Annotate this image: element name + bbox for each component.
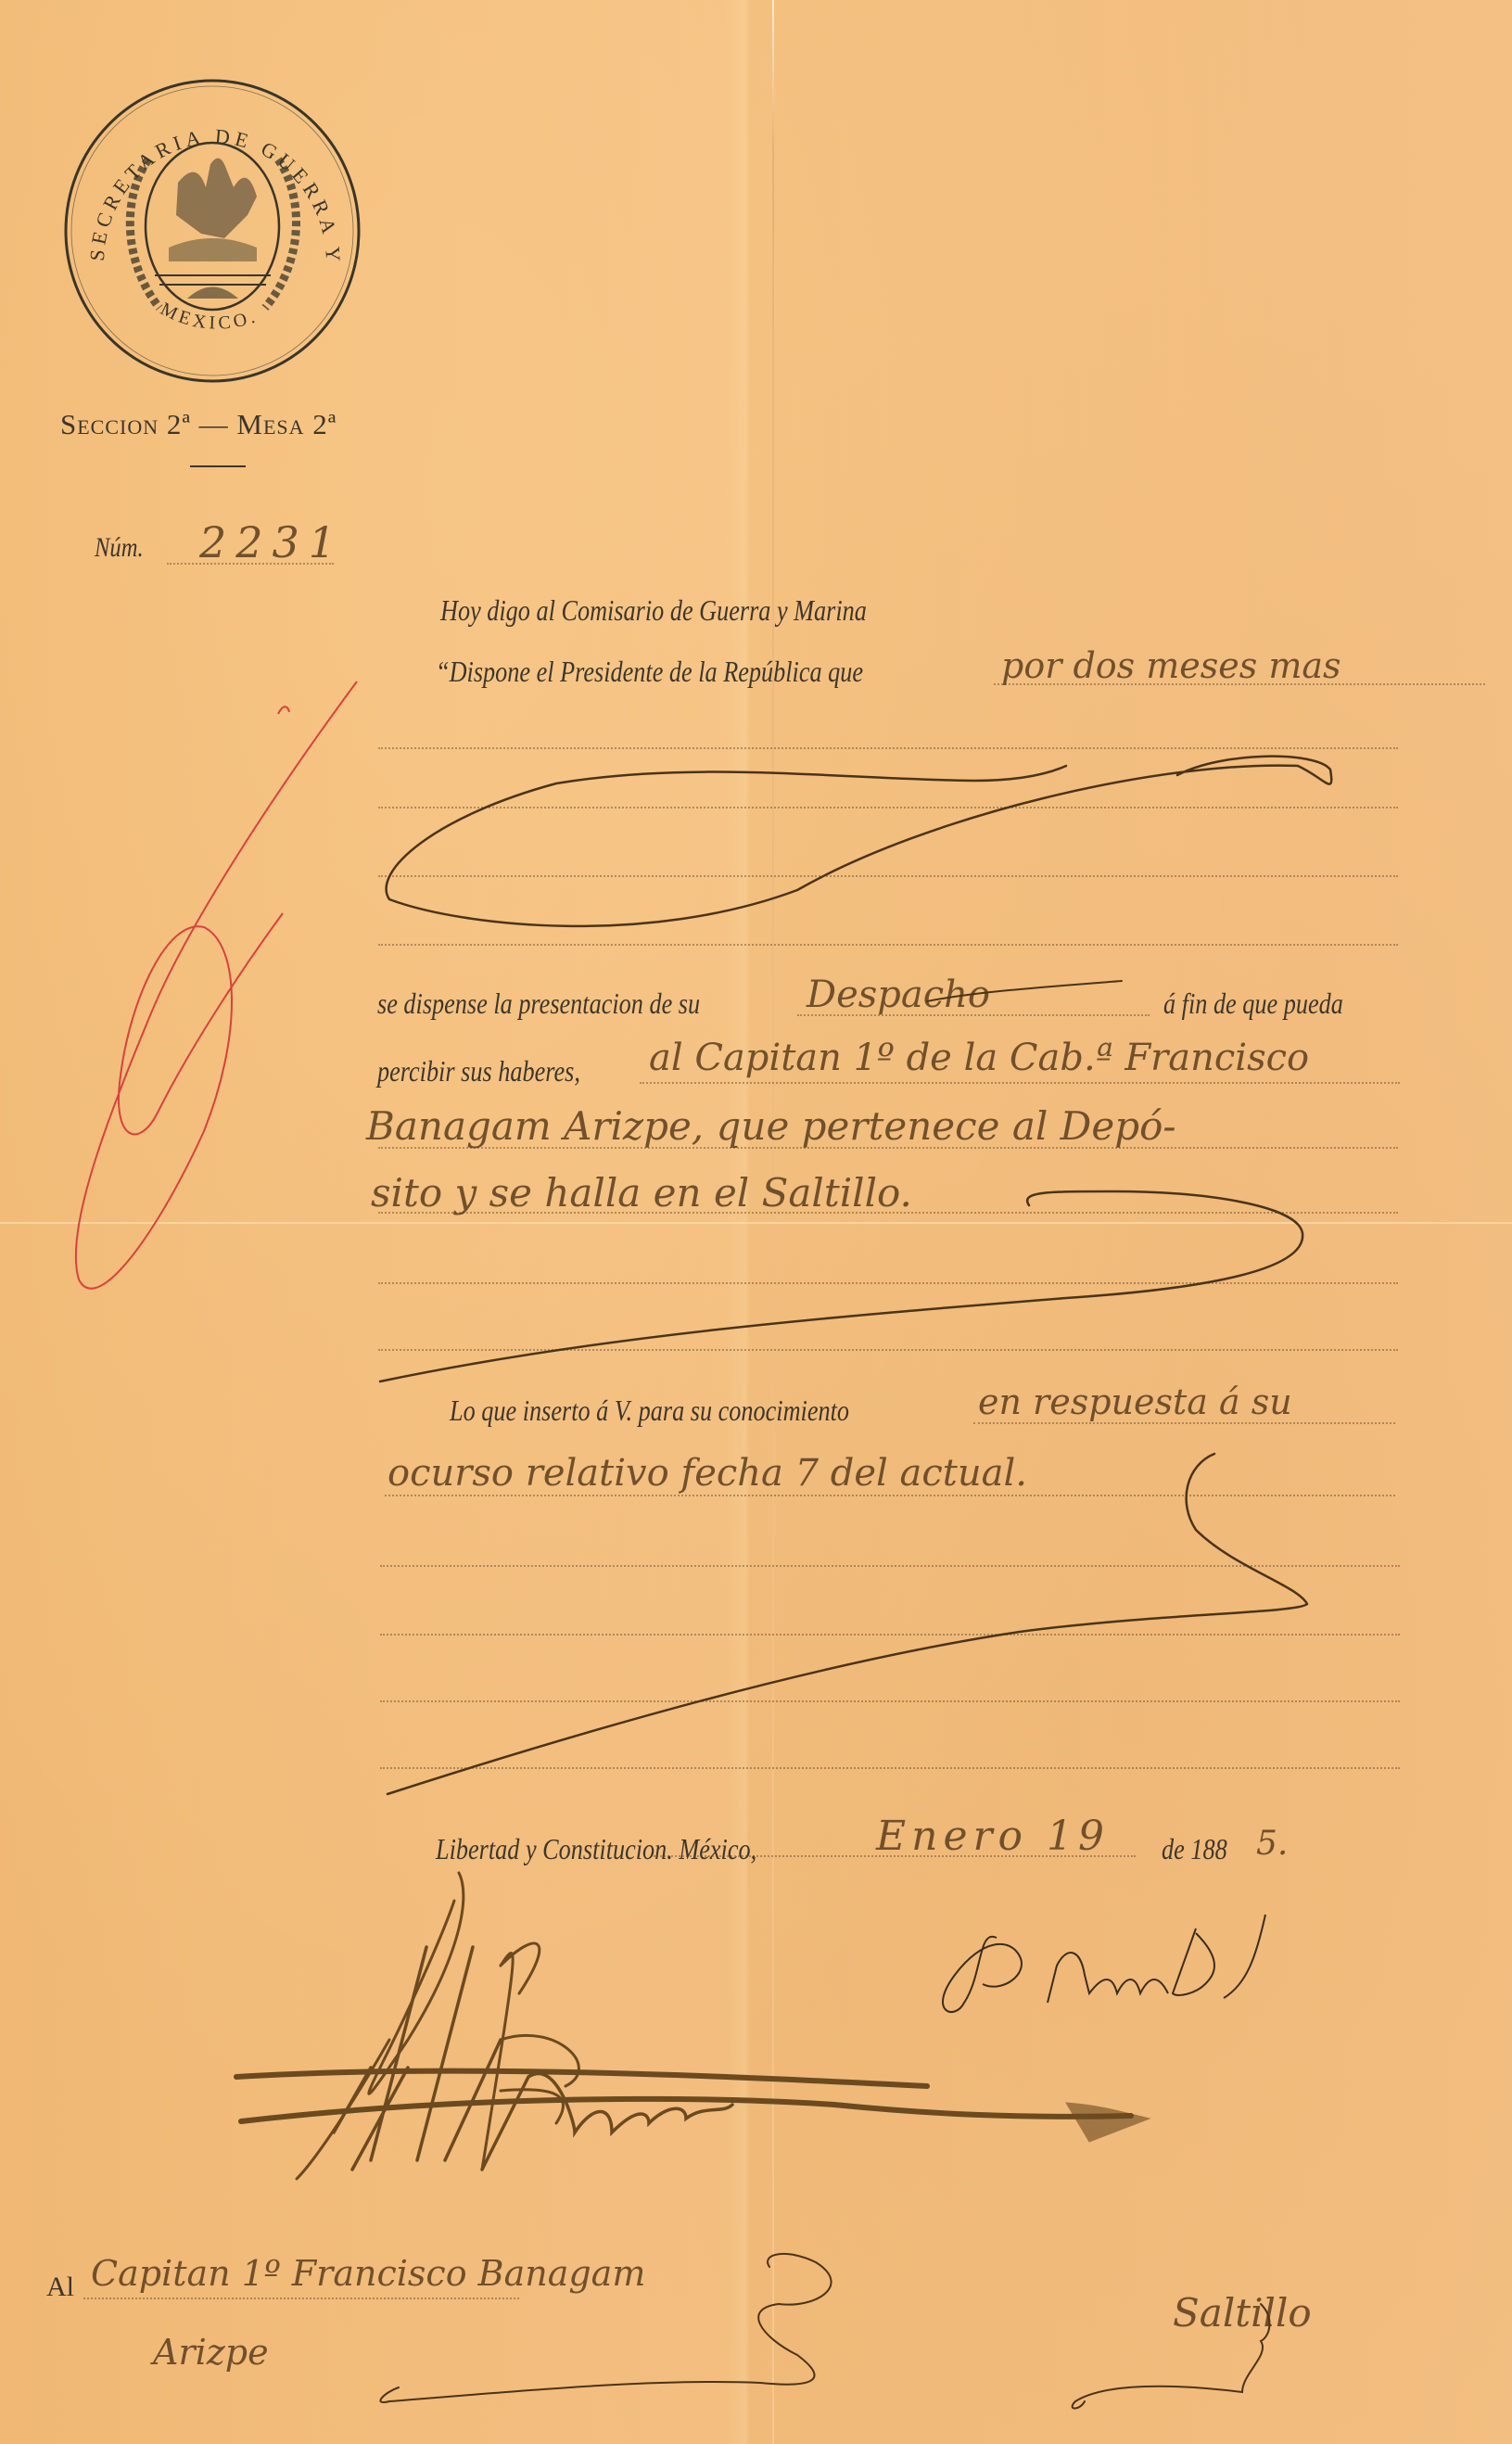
red-margin-mark-icon	[76, 681, 357, 1289]
ink-strokes-layer	[0, 0, 1512, 2444]
secondary-initials-icon	[943, 1915, 1265, 2012]
official-signature-icon	[236, 1873, 1150, 2179]
